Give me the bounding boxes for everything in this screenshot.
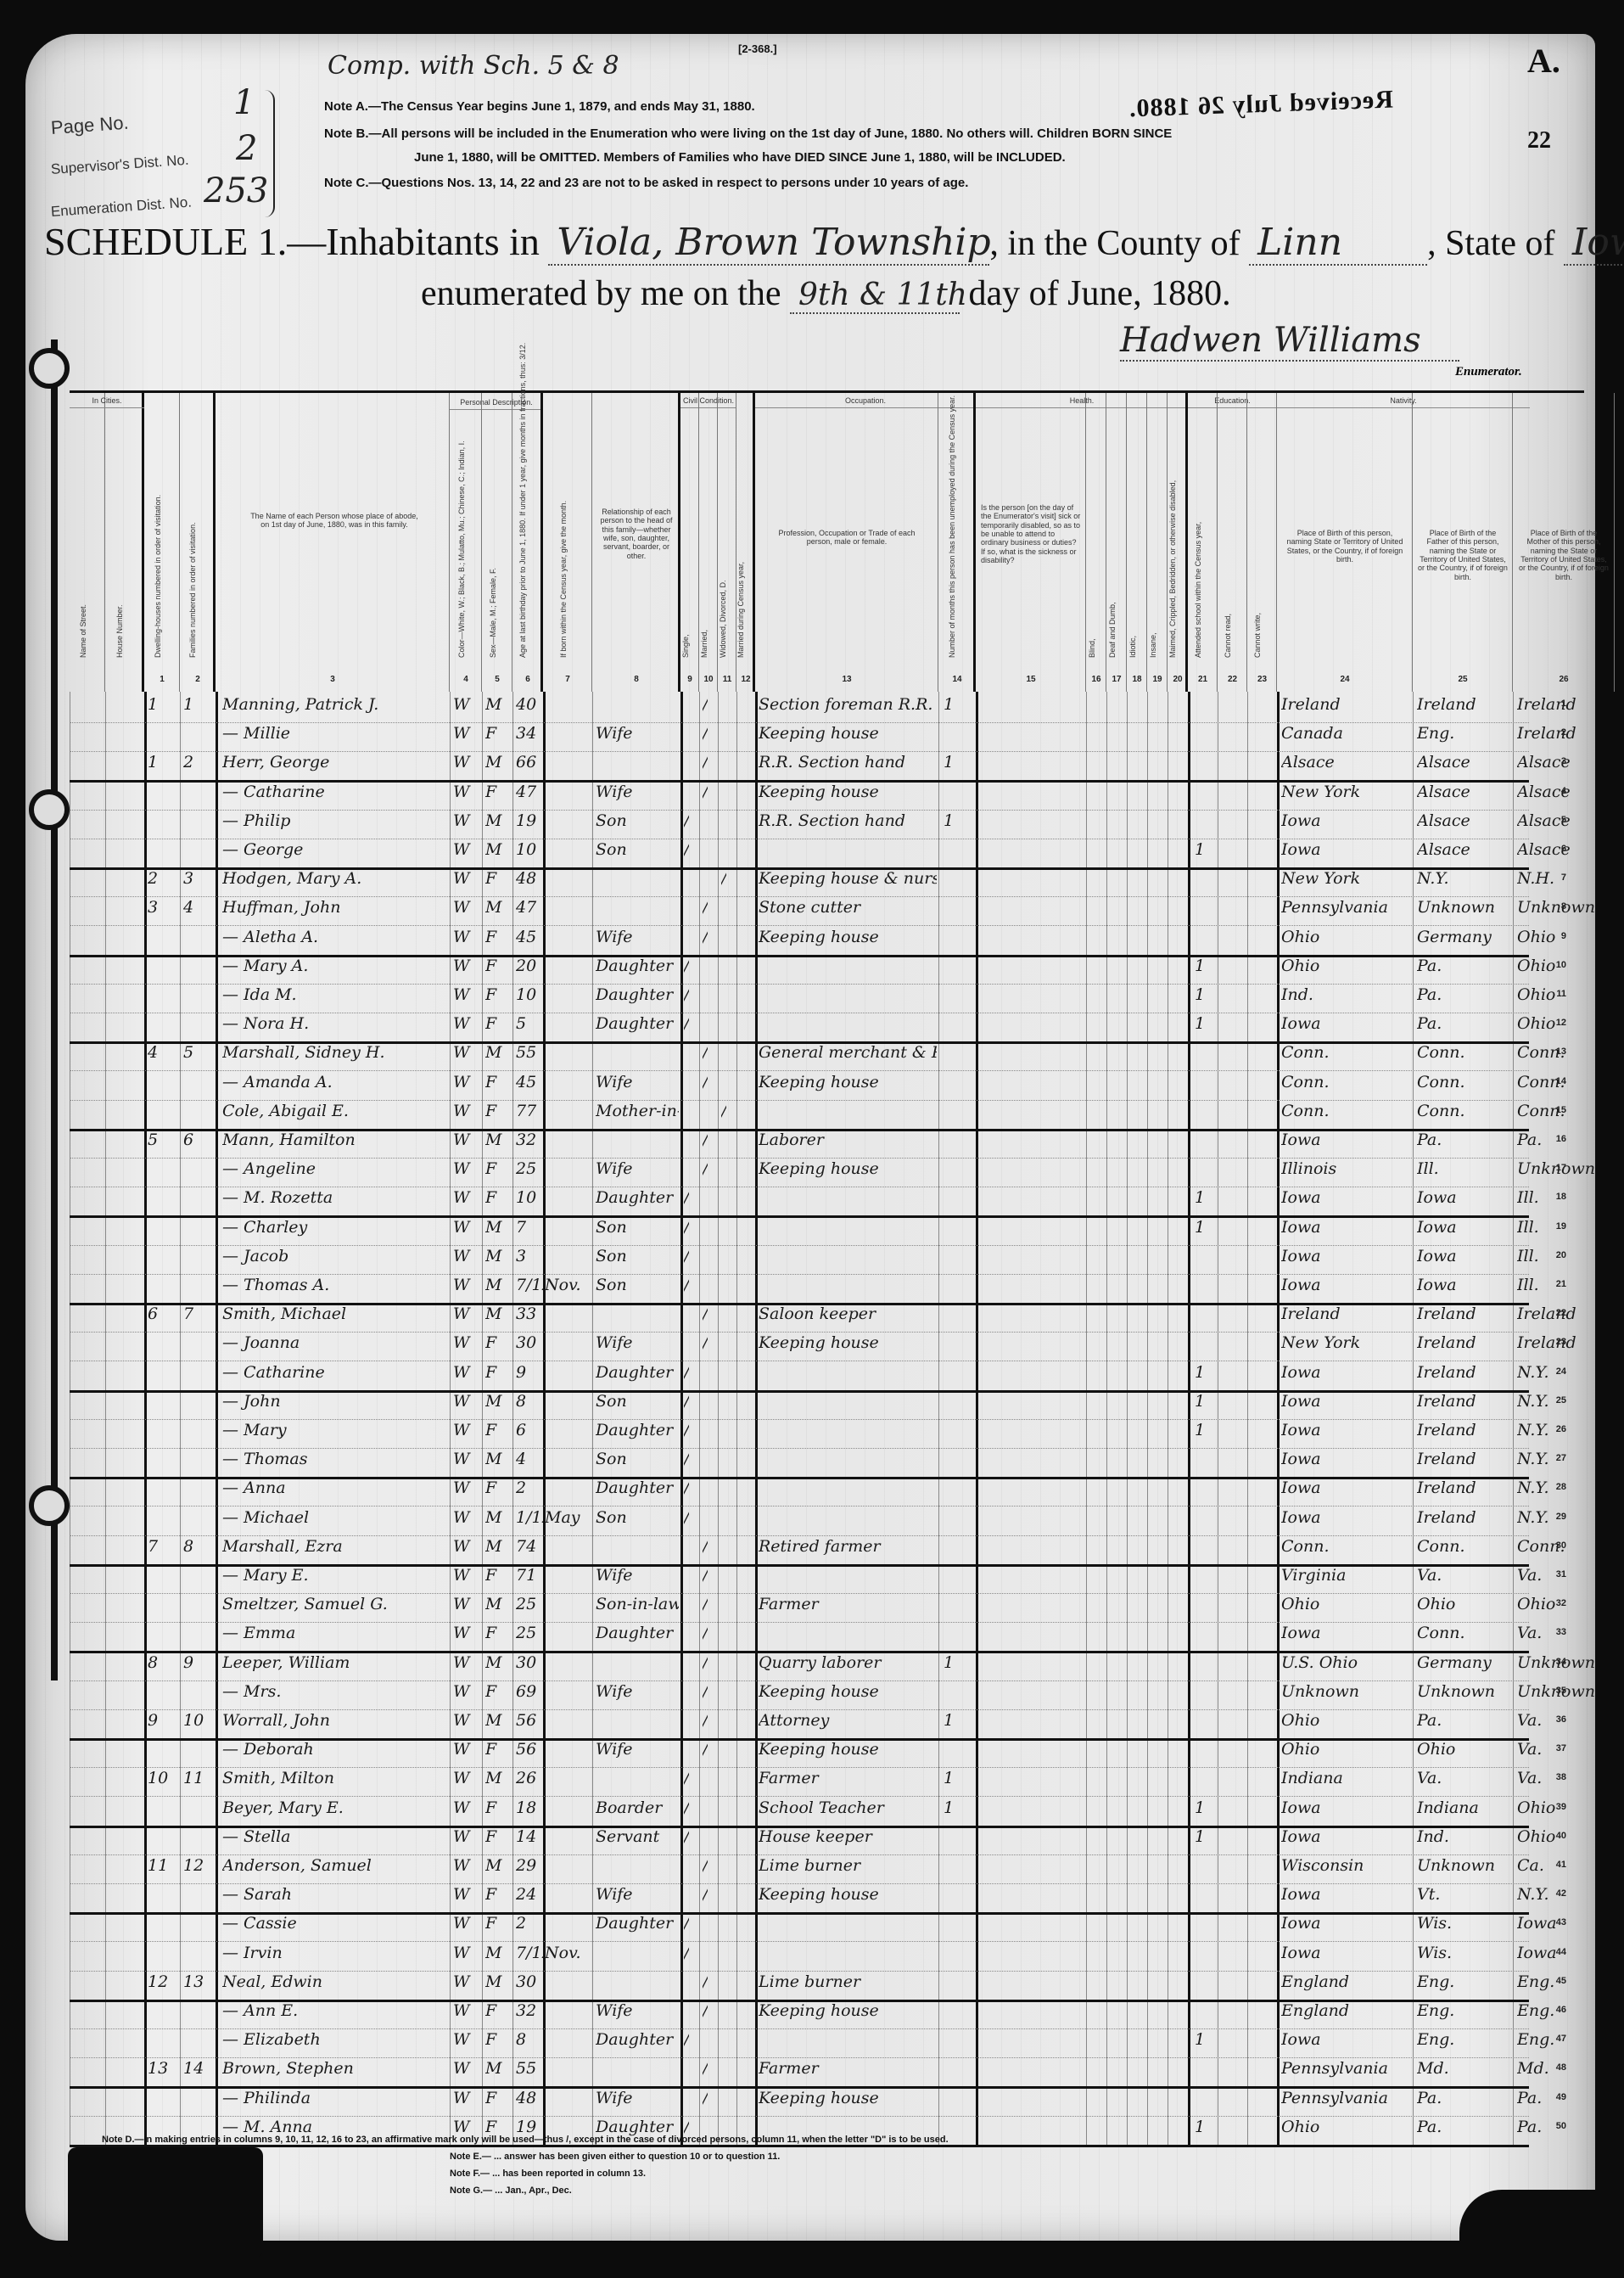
cell-color: W (453, 1944, 480, 1962)
line-number: 45 (1556, 1976, 1566, 1986)
cell-sex: M (485, 1856, 511, 1875)
cell-occ: Section foreman R.R. (759, 695, 937, 714)
cell-bp: Iowa (1281, 1914, 1412, 1933)
cell-fbp: Eng. (1417, 2030, 1512, 2049)
cell-occ: Laborer (759, 1131, 937, 1149)
cell-age: 34 (516, 724, 543, 743)
cell-age: 10 (516, 1188, 543, 1207)
cell-rel: Son (596, 1276, 679, 1294)
cell-occ: Keeping house (759, 2001, 937, 2020)
cell-occ: Keeping house (759, 1159, 937, 1178)
cell-name: — John (222, 1392, 450, 1411)
table-row: — StellaWF14ServantHouse keeper1IowaInd.… (70, 1824, 1529, 1855)
line-number: 23 (1556, 1337, 1566, 1347)
cell-sex: F (485, 1798, 511, 1817)
cell-sex: F (485, 1159, 511, 1178)
col-father-birthplace: Place of Birth of the Father of this per… (1413, 393, 1513, 692)
civil-mark: / (703, 695, 708, 714)
cell-color: W (453, 957, 480, 975)
civil-mark: / (684, 1247, 689, 1265)
cell-sex: F (485, 1740, 511, 1759)
cell-sex: F (485, 2118, 511, 2136)
cell-born: Nov. (545, 1276, 591, 1294)
column-number: 15 (976, 675, 1086, 684)
binder-edge (25, 339, 58, 1680)
cell-fbp: Ohio (1417, 1740, 1512, 1759)
note-g: Note G.— ... Jan., Apr., Dec. (450, 2185, 572, 2196)
cell-occ: Farmer (759, 1595, 937, 1613)
line-number: 42 (1556, 1888, 1566, 1899)
cell-color: W (453, 811, 480, 830)
cell-age: 48 (516, 2089, 543, 2107)
cell-name: Herr, George (222, 753, 450, 771)
cell-rel: Daughter (596, 1624, 679, 1642)
cell-color: W (453, 1073, 480, 1091)
col-street: Name of Street. (70, 393, 105, 692)
cell-occ: Keeping house (759, 1740, 937, 1759)
cell-bp: Iowa (1281, 1478, 1412, 1497)
cell-name: Worrall, John (222, 1711, 450, 1730)
line-number: 36 (1556, 1714, 1566, 1725)
cell-bp: Iowa (1281, 1421, 1412, 1439)
civil-mark: / (703, 1711, 708, 1730)
table-row: — JacobWM3SonIowaIowaIll./20 (70, 1243, 1529, 1275)
table-row: — MillieWF34WifeKeeping houseCanadaEng.I… (70, 721, 1529, 752)
cell-age: 47 (516, 783, 543, 801)
civil-mark: / (684, 1014, 689, 1033)
shadow-obstruction (1459, 2190, 1612, 2258)
binder-clip-icon (29, 1485, 70, 1526)
cell-color: W (453, 2059, 480, 2078)
cell-rel: Daughter (596, 1363, 679, 1382)
cell-dw: 8 (148, 1653, 178, 1672)
cell-fbp: Eng. (1417, 1972, 1512, 1991)
column-number: 26 (1513, 675, 1615, 684)
civil-mark: / (703, 1856, 708, 1875)
cell-color: W (453, 1478, 480, 1497)
cell-fbp: Ireland (1417, 695, 1512, 714)
cell-fbp: Ireland (1417, 1363, 1512, 1382)
enumerator-signature: Hadwen Williams (1120, 321, 1459, 362)
cell-color: W (453, 1043, 480, 1062)
cell-sex: F (485, 985, 511, 1004)
cell-sex: F (485, 1624, 511, 1642)
cell-color: W (453, 1218, 480, 1237)
cell-color: W (453, 1856, 480, 1875)
cell-name: Marshall, Ezra (222, 1537, 450, 1556)
col-unemployed: Number of months this person has been un… (938, 393, 976, 692)
cell-bp: Ohio (1281, 2118, 1412, 2136)
cell-age: 30 (516, 1653, 543, 1672)
civil-mark: / (703, 1333, 708, 1352)
cell-rel: Daughter (596, 1478, 679, 1497)
cell-occ: Keeping house (759, 724, 937, 743)
col-deaf: Deaf and Dumb, (1106, 393, 1127, 692)
line-number: 21 (1556, 1279, 1566, 1289)
col-occupation: Profession, Occupation or Trade of each … (755, 393, 938, 692)
cell-rel: Daughter (596, 957, 679, 975)
line-number: 47 (1556, 2034, 1566, 2044)
line-number: 48 (1556, 2062, 1566, 2073)
cell-age: 25 (516, 1595, 543, 1613)
cell-occ: Keeping house (759, 1333, 937, 1352)
civil-mark: / (684, 985, 689, 1004)
cell-fbp: Ireland (1417, 1508, 1512, 1527)
cell-rel: Daughter (596, 2030, 679, 2049)
cell-rel: Daughter (596, 1014, 679, 1033)
cell-sex: M (485, 1218, 511, 1237)
cell-bp: Ind. (1281, 985, 1412, 1004)
cell-rel: Wife (596, 1885, 679, 1904)
cell-sex: M (485, 1595, 511, 1613)
cell-color: W (453, 1769, 480, 1787)
col-insane: Insane, (1147, 393, 1168, 692)
cell-age: 6 (516, 1421, 543, 1439)
cell-age: 19 (516, 811, 543, 830)
note-f: Note F.— ... has been reported in column… (450, 2169, 646, 2179)
cell-sch: 1 (1195, 1421, 1215, 1439)
cell-age: 45 (516, 928, 543, 946)
cell-occ: Retired farmer (759, 1537, 937, 1556)
civil-mark: / (703, 898, 708, 917)
civil-mark: / (684, 1363, 689, 1382)
civil-mark: / (703, 1653, 708, 1672)
column-number: 8 (592, 675, 680, 684)
cell-fbp: Iowa (1417, 1276, 1512, 1294)
cell-bp: Pennsylvania (1281, 2089, 1412, 2107)
cell-bp: Iowa (1281, 811, 1412, 830)
cell-color: W (453, 1247, 480, 1265)
column-number: 3 (216, 675, 450, 684)
cell-rel: Son (596, 1218, 679, 1237)
table-row: 1314Brown, StephenWM55FarmerPennsylvania… (70, 2056, 1529, 2089)
cell-fbp: Pa. (1417, 1711, 1512, 1730)
cell-fbp: Unknown (1417, 1682, 1512, 1701)
cell-rel: Wife (596, 1740, 679, 1759)
civil-mark: / (721, 1102, 726, 1120)
cell-fbp: Germany (1417, 1653, 1512, 1672)
col-age: Age at last birthday prior to June 1, 18… (512, 393, 543, 692)
line-number: 25 (1556, 1395, 1566, 1406)
line-number: 41 (1556, 1860, 1566, 1870)
enumerator-label: Enumerator. (1455, 365, 1522, 379)
col-cannot-write: Cannot write, (1247, 393, 1277, 692)
cell-color: W (453, 928, 480, 946)
line-number: 39 (1556, 1802, 1566, 1812)
civil-mark: / (684, 1914, 689, 1933)
cell-rel: Son-in-law (596, 1595, 679, 1613)
cell-name: — M. Anna (222, 2118, 450, 2136)
enumerated-label: enumerated by me on the (421, 274, 781, 313)
line-number: 2 (1561, 727, 1566, 738)
cell-bp: New York (1281, 869, 1412, 888)
cell-name: — Catharine (222, 783, 450, 801)
column-number: 2 (180, 675, 216, 684)
col-idiotic: Idiotic, (1127, 393, 1147, 692)
cell-color: W (453, 1102, 480, 1120)
cell-sex: F (485, 724, 511, 743)
cell-name: Leeper, William (222, 1653, 450, 1672)
cell-sex: M (485, 1944, 511, 1962)
cell-sex: F (485, 783, 511, 801)
line-number: 44 (1556, 1947, 1566, 1957)
cell-name: — Cassie (222, 1914, 450, 1933)
cell-name: Neal, Edwin (222, 1972, 450, 1991)
cell-dw: 12 (148, 1972, 178, 1991)
cell-fam: 2 (183, 753, 214, 771)
cell-name: Hodgen, Mary A. (222, 869, 450, 888)
cell-rel: Daughter (596, 1914, 679, 1933)
civil-mark: / (703, 1682, 708, 1701)
cell-age: 74 (516, 1537, 543, 1556)
cell-sex: F (485, 1682, 511, 1701)
cell-sex: M (485, 1450, 511, 1468)
supervisor-label: Supervisor's Dist. No. (50, 152, 189, 178)
cell-color: W (453, 753, 480, 771)
cell-dw: 7 (148, 1537, 178, 1556)
table-row: — JohnWM8Son1IowaIrelandN.Y./25 (70, 1389, 1529, 1420)
cell-bp: Iowa (1281, 840, 1412, 859)
cell-sex: F (485, 2030, 511, 2049)
cell-sex: F (485, 2089, 511, 2107)
cell-fbp: Pa. (1417, 985, 1512, 1004)
civil-mark: / (684, 1392, 689, 1411)
line-number: 35 (1556, 1686, 1566, 1696)
cell-fbp: Conn. (1417, 1624, 1512, 1642)
cell-color: W (453, 1537, 480, 1556)
note-b1: Note B.—All persons will be included in … (324, 126, 1172, 141)
cell-fbp: Md. (1417, 2059, 1512, 2078)
cell-age: 3 (516, 1247, 543, 1265)
cell-color: W (453, 724, 480, 743)
cell-name: — Ida M. (222, 985, 450, 1004)
cell-fbp: Indiana (1417, 1798, 1512, 1817)
table-row: 34Huffman, JohnWM47Stone cutterPennsylva… (70, 895, 1529, 926)
cell-rel: Mother-in-law (596, 1102, 679, 1120)
civil-mark: / (703, 2089, 708, 2107)
table-row: — JoannaWF30WifeKeeping houseNew YorkIre… (70, 1330, 1529, 1361)
cell-occ: House keeper (759, 1827, 937, 1846)
cell-rel: Son (596, 1450, 679, 1468)
table-row: 45Marshall, Sidney H.WM55General merchan… (70, 1040, 1529, 1071)
cell-dw: 9 (148, 1711, 178, 1730)
cell-occ: Keeping house (759, 928, 937, 946)
cell-occ: Keeping house (759, 2089, 937, 2107)
col-married-year: Married during Census year, (736, 393, 755, 692)
binder-clip-icon (29, 789, 70, 830)
cell-bp: England (1281, 1972, 1412, 1991)
cell-rel: Wife (596, 1566, 679, 1585)
cell-name: — Philip (222, 811, 450, 830)
cell-unemp: 1 (944, 1769, 974, 1787)
civil-mark: / (721, 869, 726, 888)
cell-sex: F (485, 1188, 511, 1207)
cell-fbp: Ireland (1417, 1333, 1512, 1352)
cell-bp: Indiana (1281, 1769, 1412, 1787)
cell-fam: 9 (183, 1653, 214, 1672)
cell-sex: F (485, 869, 511, 888)
line-number: 38 (1556, 1772, 1566, 1782)
civil-mark: / (703, 2001, 708, 2020)
cell-occ: Keeping house (759, 1885, 937, 1904)
cell-name: — Millie (222, 724, 450, 743)
cell-bp: Iowa (1281, 1624, 1412, 1642)
cell-name: — Mary A. (222, 957, 450, 975)
cell-sex: M (485, 1247, 511, 1265)
cell-rel: Wife (596, 1682, 679, 1701)
line-number: 3 (1561, 756, 1566, 766)
cell-fam: 14 (183, 2059, 214, 2078)
cell-bp: Iowa (1281, 2030, 1412, 2049)
cell-name: — Nora H. (222, 1014, 450, 1033)
cell-bp: Conn. (1281, 1043, 1412, 1062)
cell-fbp: Ohio (1417, 1595, 1512, 1613)
schedule-title-line: SCHEDULE 1.—Inhabitants in Viola, Brown … (44, 219, 1624, 266)
line-number: 17 (1556, 1163, 1566, 1173)
civil-mark: / (684, 1944, 689, 1962)
cell-fbp: Ireland (1417, 1421, 1512, 1439)
cell-dw: 3 (148, 898, 178, 917)
line-number: 40 (1556, 1831, 1566, 1841)
cell-name: Huffman, John (222, 898, 450, 917)
column-number: 6 (512, 675, 543, 684)
cell-sch: 1 (1195, 1392, 1215, 1411)
column-number: 22 (1218, 675, 1247, 684)
cell-fbp: Conn. (1417, 1102, 1512, 1120)
cell-age: 4 (516, 1450, 543, 1468)
cell-fam: 11 (183, 1769, 214, 1787)
cell-sch: 1 (1195, 1798, 1215, 1817)
cell-sex: F (485, 1073, 511, 1091)
cell-name: — Deborah (222, 1740, 450, 1759)
line-number: 19 (1556, 1221, 1566, 1232)
cell-bp: Iowa (1281, 1798, 1412, 1817)
col-name: The Name of each Person whose place of a… (216, 393, 450, 692)
table-row: — GeorgeWM10Son1IowaAlsaceAlsace/6 (70, 837, 1529, 870)
cell-color: W (453, 1682, 480, 1701)
cell-rel: Wife (596, 2089, 679, 2107)
cell-color: W (453, 2001, 480, 2020)
table-row: 56Mann, HamiltonWM32LaborerIowaPa.Pa./16 (70, 1127, 1529, 1159)
cell-bp: Iowa (1281, 1450, 1412, 1468)
table-row: Beyer, Mary E.WF18BoarderSchool Teacher1… (70, 1795, 1529, 1828)
cell-color: W (453, 840, 480, 859)
cell-sex: F (485, 1363, 511, 1382)
table-row: — AnnaWF2DaughterIowaIrelandN.Y./28 (70, 1475, 1529, 1507)
cell-name: — Anna (222, 1478, 450, 1497)
enumerated-days: 9th & 11th (790, 278, 960, 314)
cell-fbp: Pa. (1417, 957, 1512, 975)
cell-occ: General merchant & P.M. (759, 1043, 937, 1062)
cell-bp: Ohio (1281, 1711, 1412, 1730)
line-number: 20 (1556, 1250, 1566, 1260)
cell-bp: Ohio (1281, 928, 1412, 946)
cell-age: 32 (516, 1131, 543, 1149)
cell-occ: Farmer (759, 1769, 937, 1787)
civil-mark: / (684, 1450, 689, 1468)
census-table: Name of Street. House Number. In Cities.… (70, 390, 1584, 2146)
cell-name: — Catharine (222, 1363, 450, 1382)
cell-occ: R.R. Section hand (759, 753, 937, 771)
col-school: Attended school within the Census year, (1188, 393, 1218, 692)
cell-bp: Iowa (1281, 1363, 1412, 1382)
civil-mark: / (703, 1566, 708, 1585)
col-house: House Number. (105, 393, 144, 692)
note-e: Note E.— ... answer has been given eithe… (450, 2152, 780, 2162)
column-number: 10 (699, 675, 718, 684)
cell-rel: Daughter (596, 985, 679, 1004)
table-row: — Amanda A.WF45WifeKeeping houseConn.Con… (70, 1069, 1529, 1101)
column-number: 4 (450, 675, 482, 684)
civil-mark: / (703, 1159, 708, 1178)
cell-color: W (453, 1798, 480, 1817)
line-number: 11 (1556, 989, 1566, 999)
enumerated-suffix: day of June, 1880. (969, 274, 1231, 313)
state-value: Iowa (1564, 221, 1624, 266)
table-row: — IrvinWM7/12Nov.IowaWis.Iowa/44 (70, 1940, 1529, 1972)
cell-color: W (453, 1914, 480, 1933)
line-number: 4 (1561, 786, 1566, 796)
cell-occ: R.R. Section hand (759, 811, 937, 830)
col-maimed: Maimed, Crippled, Bedridden, or otherwis… (1168, 393, 1188, 692)
cell-fbp: Eng. (1417, 724, 1512, 743)
cell-bp: Iowa (1281, 1131, 1412, 1149)
line-number: 16 (1556, 1134, 1566, 1144)
cell-name: — Jacob (222, 1247, 450, 1265)
cell-occ: School Teacher (759, 1798, 937, 1817)
cell-sex: F (485, 1421, 511, 1439)
cell-occ: Keeping house (759, 1073, 937, 1091)
table-row: — Thomas A.WM7/12Nov.SonIowaIowaIll./21 (70, 1272, 1529, 1305)
cell-sex: M (485, 811, 511, 830)
civil-mark: / (684, 1508, 689, 1527)
census-page: Comp. with Sch. 5 & 8 [2-368.] Received … (25, 34, 1595, 2241)
table-row: — MaryWF6Daughter1IowaIrelandN.Y./26 (70, 1417, 1529, 1449)
cell-name: — Mary (222, 1421, 450, 1439)
civil-mark: / (703, 724, 708, 743)
cell-bp: England (1281, 2001, 1412, 2020)
cell-fbp: Pa. (1417, 2089, 1512, 2107)
table-row: 910Worrall, JohnWM56Attorney1OhioPa.Va./… (70, 1708, 1529, 1741)
cell-color: W (453, 1566, 480, 1585)
cell-age: 56 (516, 1711, 543, 1730)
cell-occ: Saloon keeper (759, 1305, 937, 1323)
line-number: 32 (1556, 1598, 1566, 1608)
col-sickness: Is the person [on the day of the Enumera… (976, 393, 1086, 692)
cell-rel: Son (596, 811, 679, 830)
cell-sex: M (485, 1972, 511, 1991)
cell-fbp: Vt. (1417, 1885, 1512, 1904)
cell-dw: 4 (148, 1043, 178, 1062)
line-number: 10 (1556, 960, 1566, 970)
column-number: 1 (144, 675, 180, 684)
cell-color: W (453, 1740, 480, 1759)
cell-unemp: 1 (944, 1798, 974, 1817)
note-d: Note D.—In making entries in columns 9, … (102, 2135, 949, 2145)
cell-sex: M (485, 1043, 511, 1062)
cell-age: 8 (516, 2030, 543, 2049)
civil-mark: / (703, 1305, 708, 1323)
column-number: 24 (1277, 675, 1413, 684)
cell-name: — Elizabeth (222, 2030, 450, 2049)
cell-color: W (453, 869, 480, 888)
cell-dw: 11 (148, 1856, 178, 1875)
cell-name: Brown, Stephen (222, 2059, 450, 2078)
civil-mark: / (703, 1972, 708, 1991)
cell-age: 77 (516, 1102, 543, 1120)
column-number: 9 (680, 675, 699, 684)
table-row: Smeltzer, Samuel G.WM25Son-in-lawFarmerO… (70, 1591, 1529, 1623)
